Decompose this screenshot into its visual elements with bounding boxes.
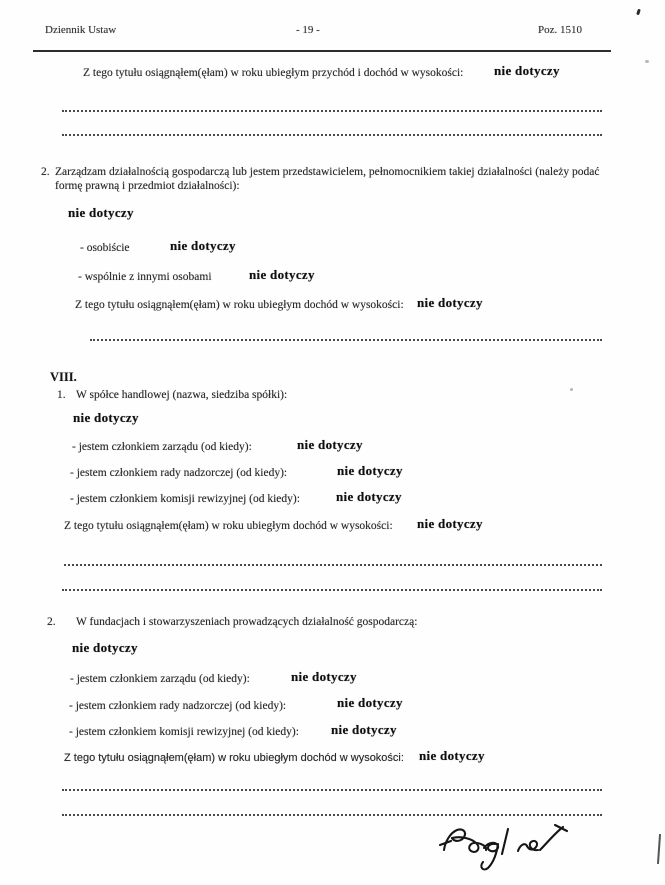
header-position-ref: Poz. 1510: [538, 23, 582, 37]
business-item-text: Zarządzam działalnością gospodarczą lub …: [55, 165, 605, 193]
foundation-board-label: - jestem członkiem zarządu (od kiedy):: [70, 672, 250, 686]
business-income-answer: nie dotyczy: [417, 295, 483, 310]
header-rule: [33, 50, 611, 52]
business-income-label: Z tego tytułu osiągnąłem(ęłam) w roku ub…: [75, 298, 404, 312]
foundation-income-label: Z tego tytułu osiągnąłem(ęłam) w roku ub…: [64, 751, 404, 765]
header-page-number: - 19 -: [296, 23, 320, 37]
company-board-label: - jestem członkiem zarządu (od kiedy):: [72, 440, 252, 454]
fill-in-line: [62, 589, 602, 591]
foundation-supervisory-answer: nie dotyczy: [337, 695, 403, 710]
foundation-income-answer: nie dotyczy: [419, 748, 485, 763]
scanned-document-page: Dziennik Ustaw - 19 - Poz. 1510 Z tego t…: [0, 0, 665, 885]
company-supervisory-answer: nie dotyczy: [337, 463, 403, 478]
foundation-supervisory-label: - jestem członkiem rady nadzorczej (od k…: [69, 699, 286, 713]
foundation-audit-answer: nie dotyczy: [331, 722, 397, 737]
scan-speck: [570, 388, 573, 391]
business-jointly-label: - wspólnie z innymi osobami: [78, 270, 212, 284]
company-supervisory-label: - jestem członkiem rady nadzorczej (od k…: [70, 466, 287, 480]
fill-in-line: [62, 110, 602, 112]
handwritten-signature: [436, 818, 576, 878]
company-answer: nie dotyczy: [73, 410, 139, 425]
company-income-label: Z tego tytułu osiągnąłem(ęłam) w roku ub…: [64, 519, 393, 533]
foundation-board-answer: nie dotyczy: [291, 669, 357, 684]
company-item-number: 1.: [57, 388, 66, 402]
section-viii-heading: VIII.: [50, 370, 77, 384]
business-jointly-answer: nie dotyczy: [249, 267, 315, 282]
fill-in-line: [62, 134, 602, 136]
company-board-answer: nie dotyczy: [297, 437, 363, 452]
header-journal-title: Dziennik Ustaw: [45, 23, 116, 37]
foundation-audit-label: - jestem członkiem komisji rewizyjnej (o…: [69, 725, 299, 739]
foundation-item-text: W fundacjach i stowarzyszeniach prowadzą…: [76, 615, 417, 629]
business-item-number: 2.: [41, 165, 50, 179]
scan-scratch: [657, 834, 661, 864]
scan-speck: [645, 60, 649, 63]
intro-income-answer: nie dotyczy: [494, 63, 560, 78]
foundation-item-number: 2.: [47, 615, 56, 629]
business-answer: nie dotyczy: [68, 205, 134, 220]
company-audit-label: - jestem członkiem komisji rewizyjnej (o…: [70, 492, 300, 506]
intro-income-label: Z tego tytułu osiągnąłem(ęłam) w roku ub…: [83, 66, 463, 80]
fill-in-line: [62, 789, 602, 791]
company-audit-answer: nie dotyczy: [336, 489, 402, 504]
business-personally-label: - osobiście: [80, 241, 130, 255]
fill-in-line: [62, 814, 602, 816]
fill-in-line: [90, 339, 602, 341]
business-personally-answer: nie dotyczy: [170, 238, 236, 253]
fill-in-line: [64, 564, 602, 566]
scan-speck: [636, 9, 641, 16]
company-income-answer: nie dotyczy: [417, 516, 483, 531]
foundation-answer: nie dotyczy: [72, 640, 138, 655]
company-item-text: W spółce handlowej (nazwa, siedziba spół…: [76, 388, 287, 402]
